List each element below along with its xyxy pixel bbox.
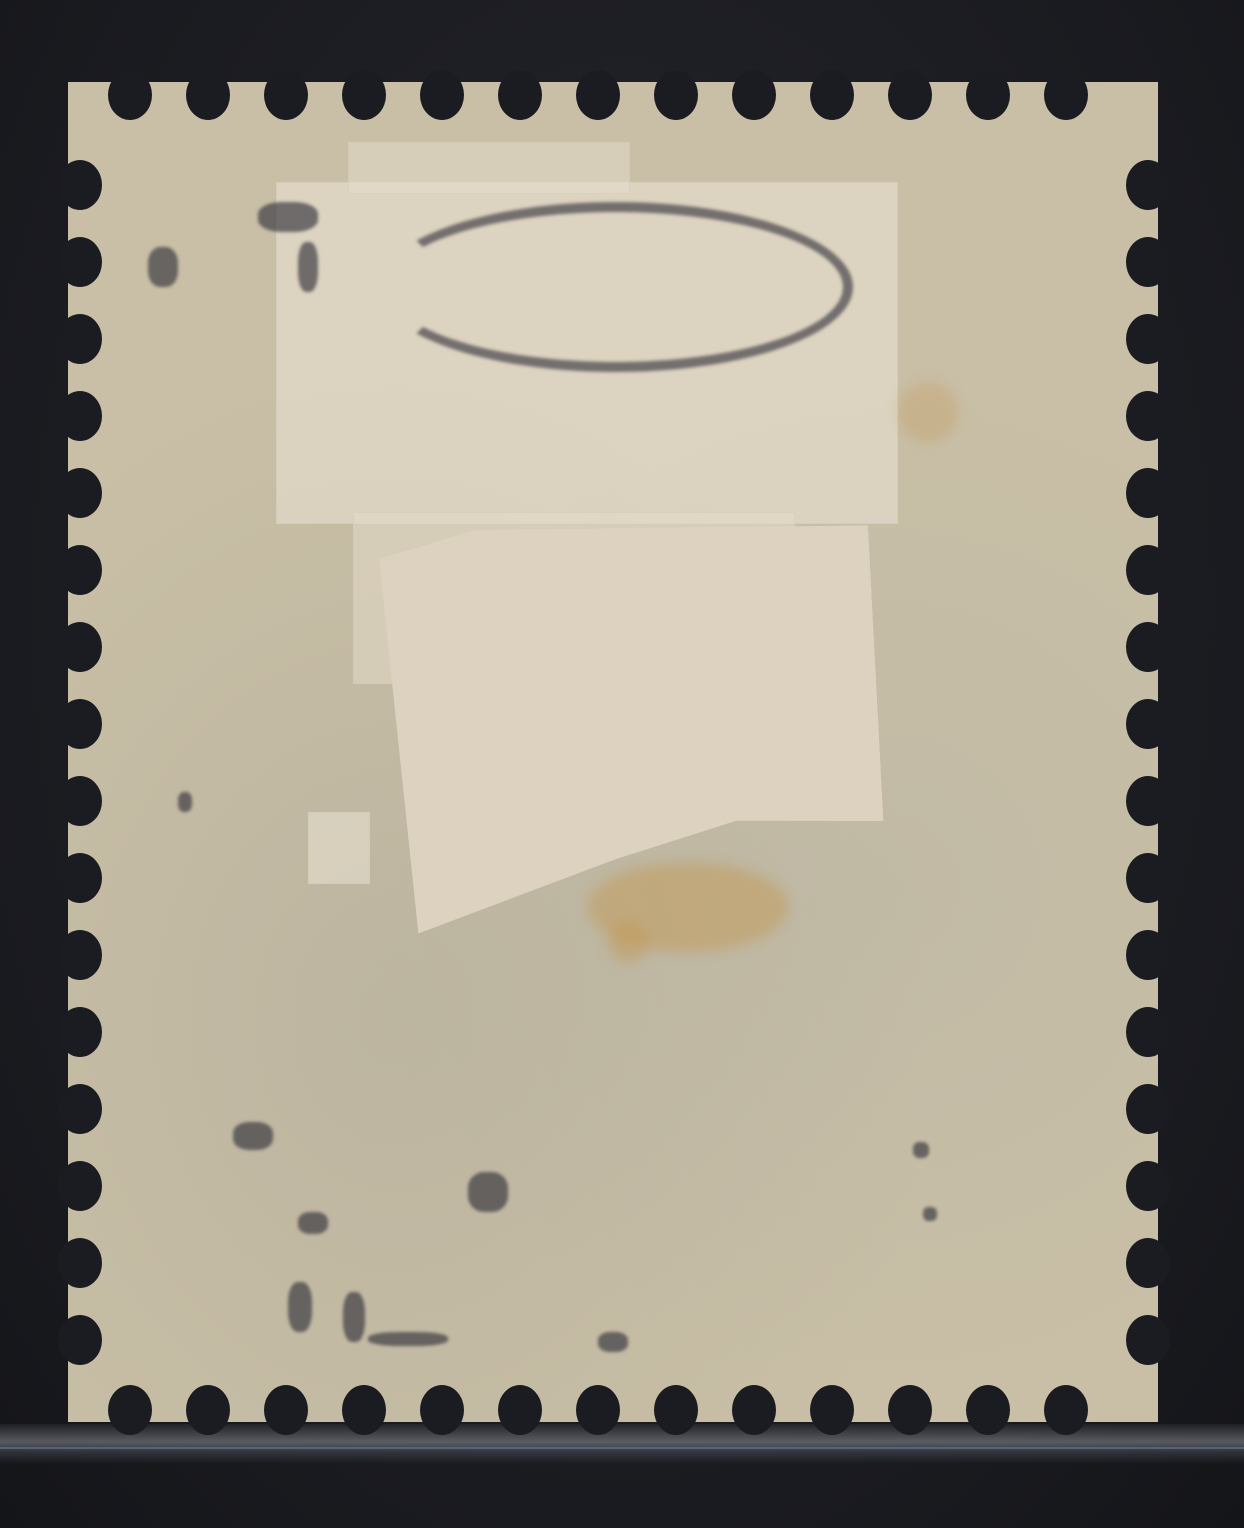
mount-strip-line	[0, 1447, 1244, 1449]
perforation-hole	[654, 1385, 698, 1435]
perforation-hole	[342, 70, 386, 120]
hinge-remnant-top	[348, 142, 630, 194]
perforation-hole	[888, 70, 932, 120]
perforation-hole	[1126, 699, 1170, 749]
perforation-hole	[498, 70, 542, 120]
perforation-hole	[58, 1238, 102, 1288]
perforation-hole	[342, 1385, 386, 1435]
perforation-hole	[58, 699, 102, 749]
ink-mark	[178, 792, 192, 812]
ink-mark	[598, 1332, 628, 1352]
perforation-hole	[966, 70, 1010, 120]
perforation-hole	[1126, 160, 1170, 210]
perforation-hole	[576, 1385, 620, 1435]
perforation-hole	[732, 70, 776, 120]
ink-mark	[298, 242, 318, 292]
perforation-hole	[264, 70, 308, 120]
perforation-hole	[1126, 468, 1170, 518]
perforation-hole	[1126, 1238, 1170, 1288]
perforation-hole	[58, 237, 102, 287]
perforation-hole	[1126, 1161, 1170, 1211]
perforation-hole	[264, 1385, 308, 1435]
ink-mark	[368, 1332, 448, 1346]
ink-mark	[343, 1292, 365, 1342]
perforation-hole	[58, 853, 102, 903]
perforation-hole	[58, 622, 102, 672]
ink-mark	[258, 202, 318, 232]
perforation-hole	[186, 1385, 230, 1435]
perforation-hole	[1126, 237, 1170, 287]
perforation-hole	[1126, 1315, 1170, 1365]
ink-mark	[148, 247, 178, 287]
perforation-hole	[732, 1385, 776, 1435]
perforation-hole	[420, 1385, 464, 1435]
perforation-hole	[966, 1385, 1010, 1435]
perforation-hole	[1126, 622, 1170, 672]
perforation-hole	[58, 391, 102, 441]
perforation-hole	[58, 776, 102, 826]
perforation-hole	[186, 70, 230, 120]
perforation-hole	[1126, 1084, 1170, 1134]
perforation-hole	[888, 1385, 932, 1435]
perforation-hole	[1126, 314, 1170, 364]
perforation-hole	[108, 70, 152, 120]
perforation-hole	[108, 1385, 152, 1435]
perforation-hole	[58, 545, 102, 595]
cancellation-show-through	[378, 202, 853, 372]
perforation-hole	[654, 70, 698, 120]
toning-spot	[608, 922, 648, 962]
perforation-hole	[58, 1084, 102, 1134]
perforation-hole	[420, 70, 464, 120]
perforation-hole	[58, 930, 102, 980]
perforation-hole	[576, 70, 620, 120]
perforation-hole	[58, 314, 102, 364]
perforation-hole	[1126, 1007, 1170, 1057]
stamp-back	[68, 82, 1158, 1422]
ink-mark	[913, 1142, 929, 1158]
perforation-hole	[1044, 70, 1088, 120]
perforation-hole	[58, 1161, 102, 1211]
ink-mark	[923, 1207, 937, 1221]
ink-mark	[233, 1122, 273, 1150]
toning-spot	[898, 382, 958, 442]
perforation-hole	[1044, 1385, 1088, 1435]
perforation-hole	[58, 1007, 102, 1057]
perforation-hole	[58, 1315, 102, 1365]
perforation-hole	[1126, 391, 1170, 441]
perforation-hole	[1126, 853, 1170, 903]
perforation-hole	[1126, 776, 1170, 826]
perforation-hole	[1126, 545, 1170, 595]
ink-mark	[298, 1212, 328, 1234]
perforation-hole	[58, 160, 102, 210]
hinge-fragment	[308, 812, 370, 884]
perforation-hole	[810, 70, 854, 120]
perforation-hole	[1126, 930, 1170, 980]
perforation-hole	[58, 468, 102, 518]
perforation-hole	[810, 1385, 854, 1435]
ink-mark	[288, 1282, 312, 1332]
perforation-hole	[498, 1385, 542, 1435]
ink-mark	[468, 1172, 508, 1212]
